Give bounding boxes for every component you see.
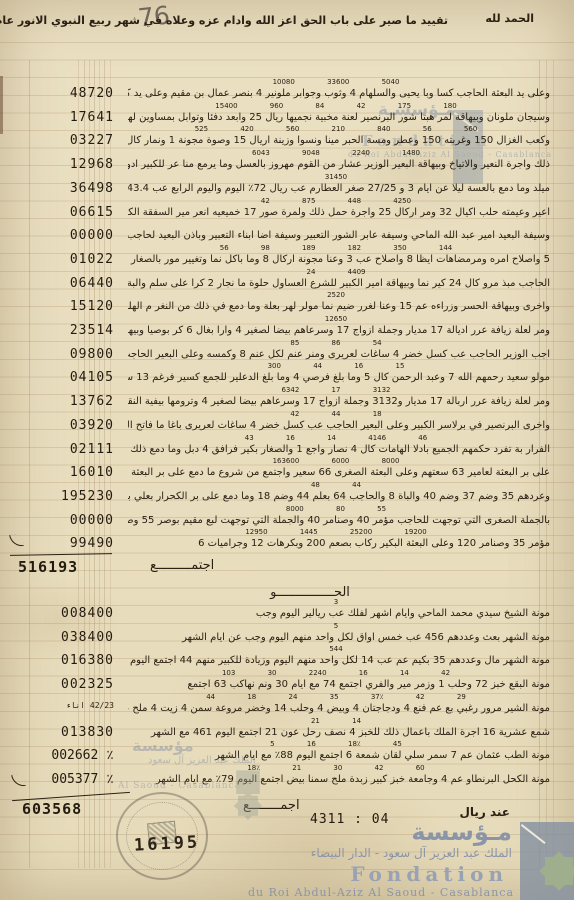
line-text: مؤمر 35 وصنامر 120 وعلى البعثة البكير رك… bbox=[128, 538, 550, 552]
line-amount: 00000 bbox=[16, 513, 114, 528]
ledger-line: 1265023514ومر لعلة زيافة عرر اديالة 17 م… bbox=[10, 317, 550, 341]
line-superscripts: 18 44 42 bbox=[128, 410, 544, 419]
ledger-line: 55 80 800000000بالجملة الصغرى التي توجهت… bbox=[10, 507, 550, 531]
line-text: على بر البعثة لعامير 63 سعتهم وعلى البعث… bbox=[128, 467, 550, 481]
line-superscripts: 180 175 42 84 960 15400 bbox=[128, 102, 544, 111]
ledger-line: 4250 448 875 4206615اعير وعيمته حلب اكيا… bbox=[10, 199, 550, 223]
line-text: مولو سعيد رحمهم الله 7 وعبد الرحمن كال 5… bbox=[128, 372, 550, 386]
line-amount: 23514 bbox=[16, 323, 114, 338]
section1-total-amount: 516193 bbox=[18, 558, 78, 576]
logo-diagonal bbox=[521, 824, 546, 844]
line-text: مونة البقع خبز 72 وحلب 1 وزمر مير والفري… bbox=[128, 679, 550, 693]
ledger-line: 29 42 37٪ 35 24 18 4442/23 اناءمونة الشي… bbox=[10, 695, 550, 719]
line-text: وكعب الغزال 150 وغربته 150 وعطر ومسة الح… bbox=[128, 135, 550, 149]
ledger-section-2: 3008400مونة الشيخ سيدي محمد الماحي وايام… bbox=[10, 600, 550, 795]
ledger-line: 45 18٪ 16 5002662 ٪مونة الطب عثمان عم 7 … bbox=[10, 742, 550, 766]
line-superscripts: 2520 bbox=[128, 291, 544, 300]
foundation-latin-name: Fondation bbox=[350, 862, 508, 886]
ledger-line: 3145036498ميلد وما دمع بالعسة ليلا عن اي… bbox=[10, 175, 550, 199]
line-superscripts: 19200 25200 1445 12950 bbox=[128, 528, 544, 537]
line-superscripts: 42 14 16 2240 30 103 bbox=[128, 669, 544, 678]
line-amount: 13762 bbox=[16, 394, 114, 409]
line-amount: 016380 bbox=[16, 653, 114, 668]
line-amount: 03227 bbox=[16, 133, 114, 148]
ledger-line: 46 4146 14 16 4302111الفرار بة تفرد حكمه… bbox=[10, 436, 550, 460]
ledger-line: 3132 17 634213762ومر لعلة زيافة عرر اربا… bbox=[10, 388, 550, 412]
foundation-arabic-line: الملك عبد العزيز آل سعود - الدار البيضاء bbox=[311, 846, 512, 860]
line-amount: 16010 bbox=[16, 465, 114, 480]
line-amount: 99490 bbox=[16, 536, 114, 551]
ledger-section-1: 5040 33600 1008048720وعلى يد البعثة الحا… bbox=[10, 80, 550, 558]
ledger-line: 54 86 8509800اجب الوزير الحاجب عب كسل خض… bbox=[10, 341, 550, 365]
section2-total-label: اجمــــــــع bbox=[243, 798, 300, 813]
line-superscripts: 4250 448 875 42 bbox=[128, 197, 544, 206]
line-text: مونة الطب عثمان عم 7 سمر سلي لقان شمعة 6… bbox=[128, 750, 550, 764]
margin-rule bbox=[553, 60, 554, 868]
line-superscripts: 14 21 bbox=[128, 717, 544, 726]
ledger-line: 42 14 16 2240 30 103002325مونة البقع خبز… bbox=[10, 671, 550, 695]
foundation-logo-square bbox=[520, 822, 574, 900]
line-amount: 008400 bbox=[16, 606, 114, 621]
section1-total-label: اجتمـــــــــع bbox=[150, 558, 214, 573]
line-amount: 005377 ٪ bbox=[16, 772, 114, 787]
hamdala-text: الحمد لله bbox=[485, 12, 534, 25]
line-superscripts bbox=[128, 220, 544, 229]
line-amount: 15120 bbox=[16, 299, 114, 314]
line-text: مونة الشهر مال وعددهم 35 بكيم عم عب 14 ل… bbox=[128, 655, 550, 669]
reference-number: 4311 : 04 bbox=[310, 812, 389, 827]
line-superscripts: 15 16 44 300 bbox=[128, 362, 544, 371]
section2-total-amount: 603568 bbox=[22, 800, 82, 818]
line-text: مونة الكحل البرنطاو عم 4 وجامعة خبز كبير… bbox=[128, 774, 550, 788]
line-text: واخرى وبيهاقة الحسر وزراءه عم 15 وعنا لغ… bbox=[128, 301, 550, 315]
line-superscripts: 3132 17 6342 bbox=[128, 386, 544, 395]
line-text: شمع عشرية 16 اجرة الملك باعمال ذلك للخبز… bbox=[128, 727, 550, 741]
ledger-line: 15 16 44 30004105مولو سعيد رحمهم الله 7 … bbox=[10, 364, 550, 388]
line-amount: 01022 bbox=[16, 252, 114, 267]
line-text: وعردهم 35 وضم 37 وضم 40 والباة 8 والحاجب… bbox=[128, 491, 550, 505]
line-amount: 02111 bbox=[16, 442, 114, 457]
ledger-line: 144 350 182 189 98 56010225 واصلاح امره … bbox=[10, 246, 550, 270]
line-superscripts: 55 80 8000 bbox=[128, 505, 544, 514]
line-text: 5 واصلاح امره ومرمضاهات ايظا 8 واصلاح عب… bbox=[128, 254, 550, 268]
foundation-logo-star bbox=[536, 848, 574, 894]
line-text: الفرار بة تفرد حكمهم الجميع بادلا الهاما… bbox=[128, 444, 550, 458]
ledger-line: 544016380مونة الشهر مال وعددهم 35 بكيم ع… bbox=[10, 647, 550, 671]
line-margin-note: 42/23 اناء bbox=[16, 701, 114, 710]
stamp-number: 16195 bbox=[134, 832, 201, 855]
line-text: ومر لعلة زيافة عرر اربالة 17 مديار و3132… bbox=[128, 396, 550, 410]
ledger-line: 44 48195230وعردهم 35 وضم 37 وضم 40 والبا… bbox=[10, 483, 550, 507]
ledger-line: 8000 6000 16360016010على بر البعثة لعامي… bbox=[10, 459, 550, 483]
ledger-line: 4409 2406440الحاجب مبذ مرو كال 24 كير نم… bbox=[10, 270, 550, 294]
foundation-arabic-name: مـؤسسة bbox=[411, 818, 512, 846]
line-text: واخرى البرنصير في برلاسر الكبير وعلى الب… bbox=[128, 420, 550, 434]
line-text: مونة الشير مرور رغبي بع عم فنع 4 ودجاجتا… bbox=[128, 703, 550, 717]
line-amount: 09800 bbox=[16, 347, 114, 362]
line-text: مونة الشيخ سيدي محمد الماحي وايام اشهر ل… bbox=[128, 608, 550, 622]
line-superscripts: 46 4146 14 16 43 bbox=[128, 434, 544, 443]
document-title: تقييد ما صير على باب الحق اعز الله وادام… bbox=[126, 14, 448, 27]
line-text: وسيجان ملونان وبيهاقة لمر هبتا شور البرن… bbox=[128, 112, 550, 126]
page-edge-stain bbox=[0, 76, 3, 134]
line-superscripts: 4409 24 bbox=[128, 268, 544, 277]
ledger-line: 60 42 30 21 18٪005377 ٪مونة الكحل البرنط… bbox=[10, 766, 550, 790]
line-amount: 038400 bbox=[16, 630, 114, 645]
line-text: اعير وعيمته حلب اكيال 32 ومر اركال 25 وا… bbox=[128, 207, 550, 221]
ledger-line: 3008400مونة الشيخ سيدي محمد الماحي وايام… bbox=[10, 600, 550, 624]
line-superscripts: 3 bbox=[128, 598, 544, 607]
line-superscripts: 44 48 bbox=[128, 481, 544, 490]
ledger-line: 5038400مونة الشهر بعث وعددهم 456 عب خمس … bbox=[10, 624, 550, 648]
foundation-watermark-bottom: مـؤسسة الملك عبد العزيز آل سعود - الدار … bbox=[294, 818, 574, 900]
archive-stamp: 16195 bbox=[116, 792, 208, 880]
line-text: ومر لعلة زيافة عرر اديالة 17 مديار وجملة… bbox=[128, 325, 550, 339]
line-superscripts: 5 bbox=[128, 622, 544, 631]
line-amount: 195230 bbox=[16, 489, 114, 504]
line-text: اجب الوزير الحاجب عب كسل خضر 4 ساغات لعر… bbox=[128, 349, 550, 363]
foundation-latin-line: du Roi Abdul-Aziz Al Saoud - Casablanca bbox=[248, 886, 514, 899]
line-amount: 002662 ٪ bbox=[16, 748, 114, 763]
line-superscripts: 560 56 840 210 560 420 525 bbox=[128, 125, 544, 134]
line-superscripts: 60 42 30 21 18٪ bbox=[128, 764, 544, 773]
line-superscripts: 5040 33600 10080 bbox=[128, 78, 544, 87]
line-superscripts: 1480 2240 9048 6043 bbox=[128, 149, 544, 158]
line-text: ميلد وما دمع بالعسة ليلا عن ايام 3 و 27/… bbox=[128, 183, 550, 197]
ledger-line: 1480 2240 9048 604312968ذلك واجرة النعير… bbox=[10, 151, 550, 175]
line-amount: 36498 bbox=[16, 181, 114, 196]
ledger-line: 560 56 840 210 560 420 52503227وكعب الغز… bbox=[10, 127, 550, 151]
ledger-line: 19200 25200 1445 1295099490مؤمر 35 وصنام… bbox=[10, 530, 550, 554]
line-text: بالجملة الصغرى التي توجهت للحاجب مؤمر 40… bbox=[128, 515, 550, 529]
currency-note: عند ريال bbox=[459, 805, 510, 819]
ledger-line: 14 21013830شمع عشرية 16 اجرة الملك باعما… bbox=[10, 719, 550, 743]
line-amount: 17641 bbox=[16, 110, 114, 125]
line-superscripts: 29 42 37٪ 35 24 18 44 bbox=[128, 693, 544, 702]
line-amount: 013830 bbox=[16, 725, 114, 740]
line-text: وسيفة البعيد امير عبد الله الماحي وسيفة … bbox=[128, 230, 550, 244]
line-superscripts: 45 18٪ 16 5 bbox=[128, 740, 544, 749]
line-text: الحاجب مبذ مرو كال 24 كير نما وبيهاقة ام… bbox=[128, 278, 550, 292]
line-superscripts: 8000 6000 163600 bbox=[128, 457, 544, 466]
line-text: وعلى يد البعثة الحاجب كسا وبا يحيى والسل… bbox=[128, 88, 550, 102]
line-amount: 03920 bbox=[16, 418, 114, 433]
line-amount: 48720 bbox=[16, 86, 114, 101]
line-superscripts: 31450 bbox=[128, 173, 544, 182]
line-amount: 002325 bbox=[16, 677, 114, 692]
line-amount: 06615 bbox=[16, 205, 114, 220]
ledger-line: 5040 33600 1008048720وعلى يد البعثة الحا… bbox=[10, 80, 550, 104]
line-amount: 12968 bbox=[16, 157, 114, 172]
manuscript-page: 76 الحمد لله تقييد ما صير على باب الحق ا… bbox=[0, 0, 574, 900]
line-amount: 06440 bbox=[16, 276, 114, 291]
ledger-line: 18 44 4203920واخرى البرنصير في برلاسر ال… bbox=[10, 412, 550, 436]
line-superscripts: 544 bbox=[128, 645, 544, 654]
ledger-line: 252015120واخرى وبيهاقة الحسر وزراءه عم 1… bbox=[10, 293, 550, 317]
line-text: ذلك واجرة النعير والاتياخ وبيهاقة البعير… bbox=[128, 159, 550, 173]
line-text: مونة الشهر بعث وعددهم 456 عب خمس اواق لك… bbox=[128, 632, 550, 646]
line-amount: 00000 bbox=[16, 228, 114, 243]
line-amount: 04105 bbox=[16, 370, 114, 385]
line-superscripts: 54 86 85 bbox=[128, 339, 544, 348]
ledger-line: 180 175 42 84 960 1540017641وسيجان ملونا… bbox=[10, 104, 550, 128]
ledger-line: 00000وسيفة البعيد امير عبد الله الماحي و… bbox=[10, 222, 550, 246]
line-superscripts: 12650 bbox=[128, 315, 544, 324]
line-superscripts: 144 350 182 189 98 56 bbox=[128, 244, 544, 253]
